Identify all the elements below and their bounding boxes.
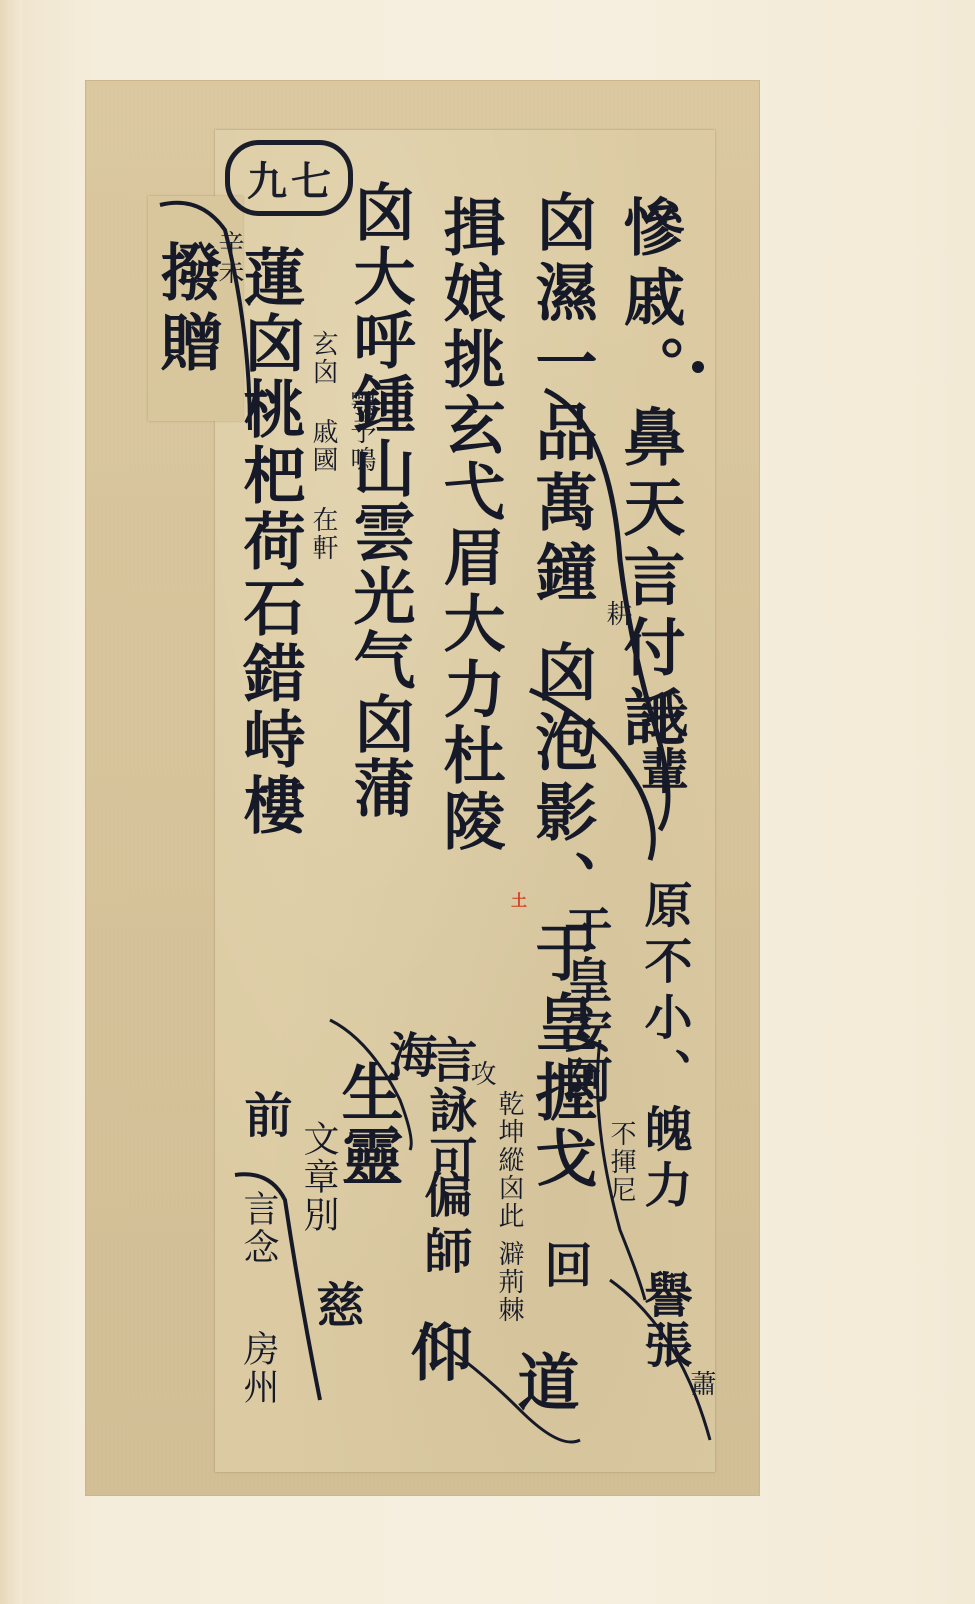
lower-left-center-group-3: 仰 (405, 1320, 467, 1390)
lower-right-group-4: 蕭 (688, 1370, 714, 1398)
text-column-3: 我輩 (636, 690, 684, 802)
red-seal-mark: 土 (511, 888, 527, 911)
text-column-7: 囟大呼鍾山雲光气囟蒲 (348, 180, 410, 820)
lower-right-group-3: 譽張 (640, 1270, 688, 1370)
left-group-2: 文章別 (300, 1120, 336, 1234)
text-column-1: 慘戚。鼻天言付託 (618, 195, 680, 755)
lower-left-center-group-2: 偏師 (420, 1170, 468, 1282)
plate-number-label: 九 七 (225, 140, 353, 216)
text-column-8-annotation: 玄囟 戚國 在軒 (310, 330, 336, 562)
text-column-7-annotation: 鶚予鳴 (348, 390, 374, 474)
left-group-3: 慈 (312, 1280, 360, 1336)
lower-right-group-2: 不揮尼 (608, 1120, 634, 1204)
sea-group-2: 生靈 (336, 1060, 398, 1188)
lower-center-group-3: 澼荊棘 (496, 1240, 522, 1324)
lower-center-group-6: 道 (512, 1350, 574, 1420)
page-gutter (0, 0, 22, 1604)
plate-number-digit-1: 七 (291, 150, 331, 207)
lower-center-group-5: 回 (540, 1240, 588, 1296)
lower-center-group-4: 握戈 (530, 1060, 592, 1192)
left-group-4: 言念 (240, 1190, 276, 1266)
plate-number-digit-2: 九 (247, 150, 287, 207)
lower-center-group-2: 乾坤縱囟此 (496, 1090, 522, 1230)
left-group-1: 前 (240, 1090, 288, 1146)
text-column-6: 揖娘挑玄弋眉大力杜陵 (438, 195, 500, 855)
text-column-2: 囟濕一品萬鐘 (530, 190, 592, 610)
left-group-5: 房州 (240, 1330, 276, 1406)
text-column-5: 原不小、魄力 (640, 880, 688, 1216)
text-column-1-annotation: 耕 (604, 600, 630, 628)
text-column-8: 蓮囟桃杷荷石錯峙樓 (238, 245, 300, 839)
text-column-9-annotation: 辛未 (216, 230, 242, 286)
text-column-9: 撥贈 (155, 240, 217, 380)
